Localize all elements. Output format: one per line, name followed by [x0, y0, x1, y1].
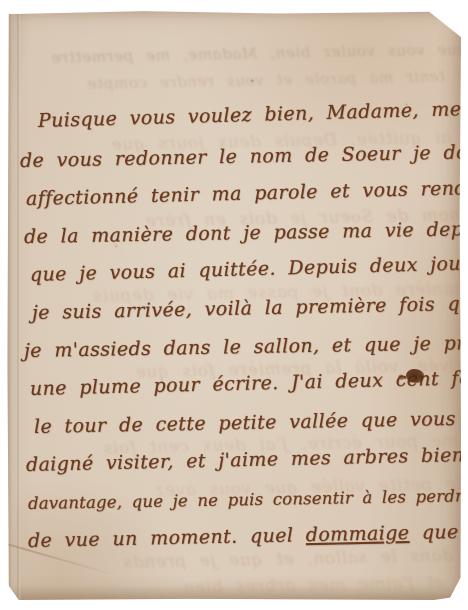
letter-line: affectionné tenir ma parole et vous rend… — [26, 175, 468, 210]
letter-text-segment: de vue un moment. quel — [28, 524, 306, 552]
letter-line: de vous redonner le nom de Soeur je dois… — [20, 139, 468, 172]
letter-text-segment: que le — [409, 520, 468, 544]
letter-line: je m'assieds dans le sallon, et que je p… — [24, 331, 468, 362]
letter-page: Puisque vous voulez bien, Madame, me per… — [7, 10, 461, 600]
letter-text: Puisque vous voulez bien, Madame, me per… — [7, 10, 461, 600]
letter-line: davantage, que je ne puis consentir à le… — [28, 486, 468, 513]
letter-line: je suis arrivée, voilà la première fois … — [32, 293, 468, 324]
underlined-word: dommaige — [306, 522, 410, 546]
letter-line: de la manière dont je passe ma vie depui… — [24, 218, 468, 248]
letter-line: une plume pour écrire. J'ai deux cent fo… — [30, 367, 468, 400]
letter-line: le tour de cette petite vallée que vous … — [34, 407, 468, 438]
photo-background: Puisque vous voulez bien, Madame, me per… — [0, 0, 468, 610]
letter-line: daigné visiter, et j'aime mes arbres bie… — [26, 444, 465, 476]
letter-line: que je vous ai quittée. Depuis deux jour… — [30, 251, 468, 286]
letter-line: Puisque vous voulez bien, Madame, me per… — [38, 95, 468, 132]
letter-line: de vue un moment. quel dommaige que le — [28, 520, 468, 552]
